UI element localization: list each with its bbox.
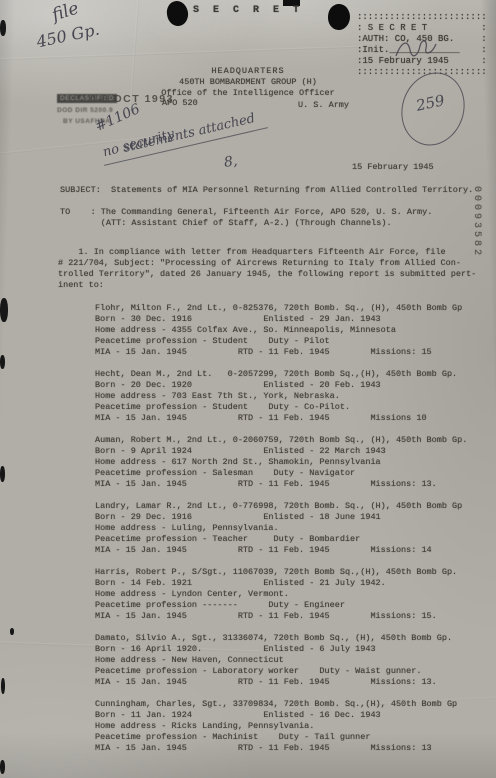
text-line: # 221/704, Subject: "Processing of Aircr… xyxy=(58,258,476,269)
body-paragraph: 1. In compliance with letter from Headqu… xyxy=(58,247,476,291)
roster-entry: Auman, Robert M., 2nd Lt., 0-2060759, 72… xyxy=(95,435,467,490)
handwritten-initials xyxy=(392,36,438,62)
roster-entry: Hecht, Dean M., 2nd Lt. 0-2057299, 720th… xyxy=(95,369,467,424)
document-page: S E C R E T ::::::::::::::::::::::::: S … xyxy=(0,0,496,778)
text-line: inent to: xyxy=(58,280,476,291)
entry-line: Home address - Lyndon Center, Vermont. xyxy=(95,589,467,600)
handwritten-file-note: 450 Gp. xyxy=(35,20,101,52)
entry-line: MIA - 15 Jan. 1945 RTD - 11 Feb. 1945 Mi… xyxy=(95,413,467,424)
document-date: 15 February 1945 xyxy=(352,162,434,173)
scan-artifact xyxy=(0,355,5,369)
scan-artifact xyxy=(1,678,5,694)
entry-line: Born - 9 April 1924 Enlisted - 22 March … xyxy=(95,446,467,457)
scan-artifact xyxy=(0,298,8,322)
text-line: (ATT: Assistant Chief of Staff, A-2.) (T… xyxy=(60,218,432,229)
entry-line: Harris, Robert P., S/Sgt., 11067039, 720… xyxy=(95,567,467,578)
text-line: trolled Territory", dated 26 January 194… xyxy=(58,269,476,280)
entry-line: Home address - New Haven, Connecticut xyxy=(95,655,467,666)
text-line: : S E C R E T : xyxy=(357,23,487,34)
entry-line: MIA - 15 Jan. 1945 RTD - 11 Feb. 1945 Mi… xyxy=(95,479,467,490)
entry-line: Home address - 4355 Colfax Ave., So. Min… xyxy=(95,325,467,336)
to-block: TO : The Commanding General, Fifteenth A… xyxy=(60,207,432,229)
scan-artifact xyxy=(0,760,5,774)
text-line: 1. In compliance with letter from Headqu… xyxy=(58,247,476,258)
entry-line: Home address - 617 North 2nd St., Shamok… xyxy=(95,457,467,468)
roster-entry: Flohr, Milton F., 2nd Lt., 0-825376, 720… xyxy=(95,303,467,358)
entry-line: Home address - 703 East 7th St., York, N… xyxy=(95,391,467,402)
letterhead-headquarters: HEADQUARTERS xyxy=(0,66,496,76)
handwritten-security-note: 8, xyxy=(223,153,238,171)
personnel-roster: Flohr, Milton F., 2nd Lt., 0-825376, 720… xyxy=(95,303,467,765)
entry-line: Hecht, Dean M., 2nd Lt. 0-2057299, 720th… xyxy=(95,369,467,380)
entry-line: Born - 11 Jan. 1924 Enlisted - 16 Dec. 1… xyxy=(95,710,467,721)
subject-line: SUBJECT: Statements of MIA Personnel Ret… xyxy=(60,185,473,196)
entry-line: Born - 20 Dec. 1920 Enlisted - 20 Feb. 1… xyxy=(95,380,467,391)
roster-entry: Cunningham, Charles, Sgt., 33709834, 720… xyxy=(95,699,467,754)
entry-line: Auman, Robert M., 2nd Lt., 0-2060759, 72… xyxy=(95,435,467,446)
entry-line: Born - 29 Dec. 1916 Enlisted - 18 June 1… xyxy=(95,512,467,523)
entry-line: MIA - 15 Jan. 1945 RTD - 11 Feb. 1945 Mi… xyxy=(95,677,467,688)
entry-line: Born - 16 April 1920. Enlisted - 6 July … xyxy=(95,644,467,655)
entry-line: MIA - 15 Jan. 1945 RTD - 11 Feb. 1945 Mi… xyxy=(95,743,467,754)
entry-line: MIA - 15 Jan. 1945 RTD - 11 Feb. 1945 Mi… xyxy=(95,545,467,556)
letterhead-apo: APO 520 xyxy=(162,98,198,109)
entry-line: Peacetime profession ------- Duty - Engi… xyxy=(95,600,467,611)
entry-line: Peacetime profession - Salesman Duty - N… xyxy=(95,468,467,479)
entry-line: Landry, Lamar R., 2nd Lt., 0-776998, 720… xyxy=(95,501,467,512)
entry-line: Peacetime profession - Student Duty - Pi… xyxy=(95,336,467,347)
entry-line: Peacetime profession - Teacher Duty - Bo… xyxy=(95,534,467,545)
entry-line: Flohr, Milton F., 2nd Lt., 0-825376, 720… xyxy=(95,303,467,314)
entry-line: Peacetime profession - Student Duty - Co… xyxy=(95,402,467,413)
roster-entry: Damato, Silvio A., Sgt., 31336074, 720th… xyxy=(95,633,467,688)
scan-artifact xyxy=(0,20,6,36)
entry-line: Home address - Ricks Landing, Pennsylvan… xyxy=(95,721,467,732)
entry-line: MIA - 15 Jan. 1945 RTD - 11 Feb. 1945 Mi… xyxy=(95,611,467,622)
roster-entry: Harris, Robert P., S/Sgt., 11067039, 720… xyxy=(95,567,467,622)
text-line: TO : The Commanding General, Fifteenth A… xyxy=(60,207,432,218)
scan-artifact xyxy=(10,628,14,635)
scan-artifact xyxy=(0,466,5,482)
entry-line: Peacetime profession - Machinist Duty - … xyxy=(95,732,467,743)
entry-line: Born - 14 Feb. 1921 Enlisted - 21 July 1… xyxy=(95,578,467,589)
text-line: :::::::::::::::::::::::: xyxy=(357,12,487,23)
roster-entry: Landry, Lamar R., 2nd Lt., 0-776998, 720… xyxy=(95,501,467,556)
entry-line: Damato, Silvio A., Sgt., 31336074, 720th… xyxy=(95,633,467,644)
entry-line: Cunningham, Charles, Sgt., 33709834, 720… xyxy=(95,699,467,710)
letterhead-army: U. S. Army xyxy=(298,100,349,111)
entry-line: Home address - Luling, Pennsylvania. xyxy=(95,523,467,534)
entry-line: MIA - 15 Jan. 1945 RTD - 11 Feb. 1945 Mi… xyxy=(95,347,467,358)
entry-line: Born - 30 Dec. 1916 Enlisted - 29 Jan. 1… xyxy=(95,314,467,325)
entry-line: Peacetime profession - Laboratory worker… xyxy=(95,666,467,677)
handwritten-file-note: file xyxy=(50,0,82,26)
